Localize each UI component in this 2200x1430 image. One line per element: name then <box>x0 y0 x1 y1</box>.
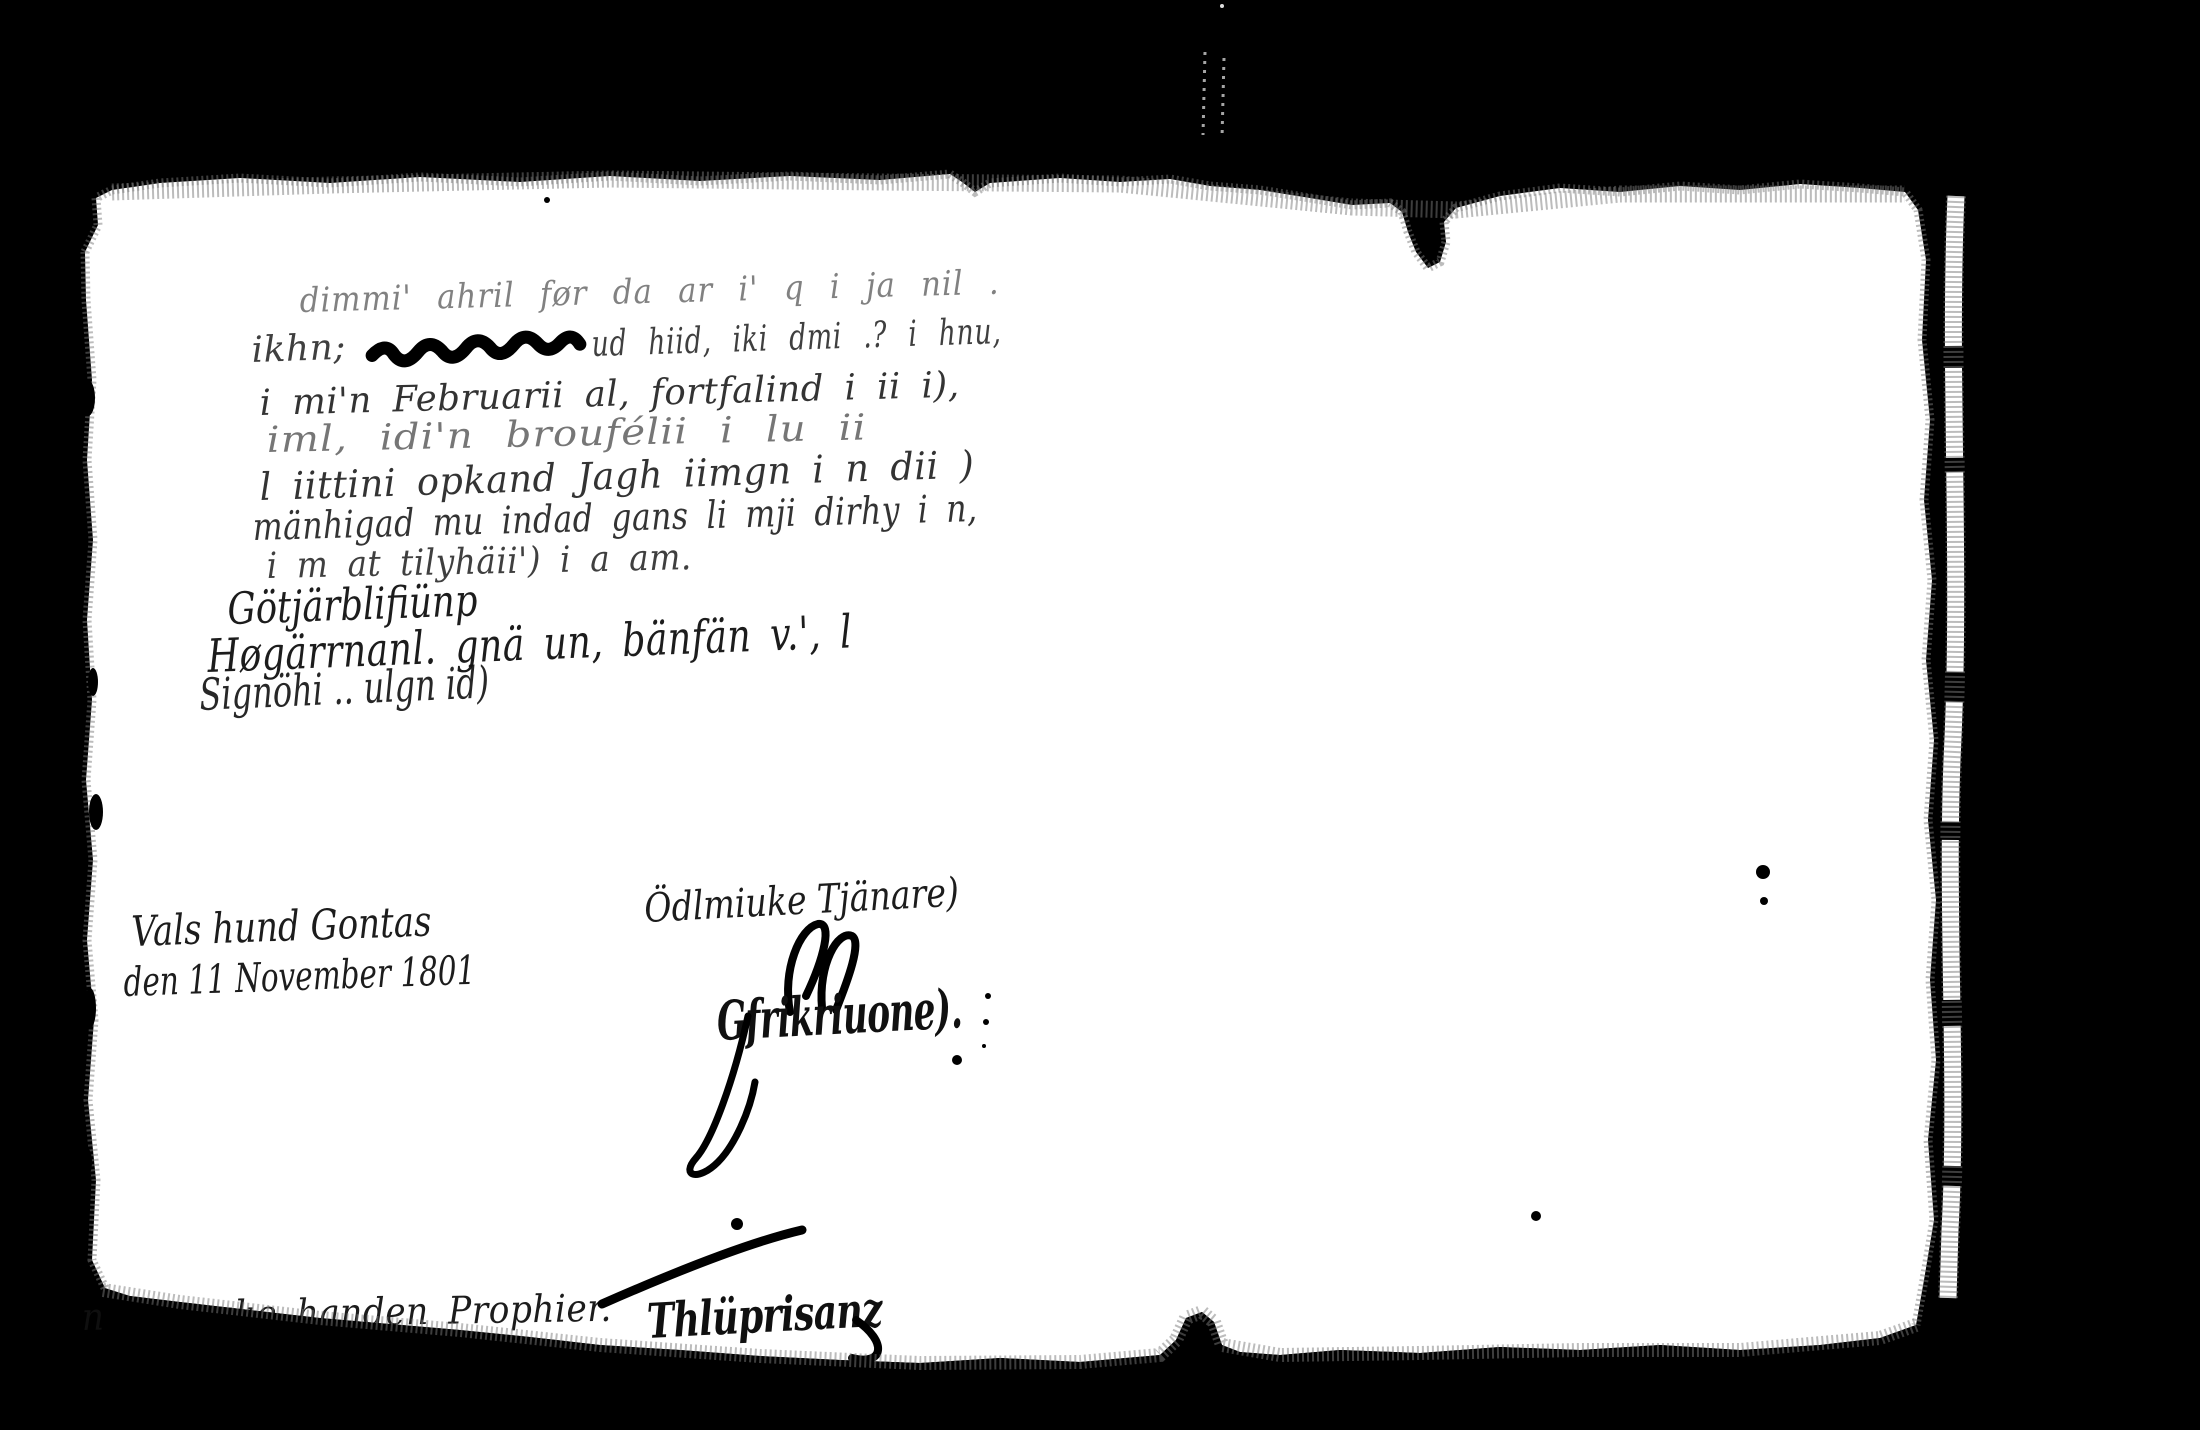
paper-sheet <box>85 174 1936 1363</box>
manuscript-line-2-start: ikhn; <box>251 327 347 371</box>
signature-2-dot <box>731 1218 743 1230</box>
scanned-document-frame: dimmi' ahril før da ar i' q i ja nil . i… <box>0 0 2200 1430</box>
scanned-page: dimmi' ahril før da ar i' q i ja nil . i… <box>0 0 2200 1430</box>
underlying-page-edge-noise <box>1948 196 1956 1298</box>
dateline-place: Vals hund Gontas <box>131 897 433 956</box>
signature-main: Gfrikriuone). <box>715 976 963 1053</box>
film-mark-dot <box>1220 4 1224 8</box>
